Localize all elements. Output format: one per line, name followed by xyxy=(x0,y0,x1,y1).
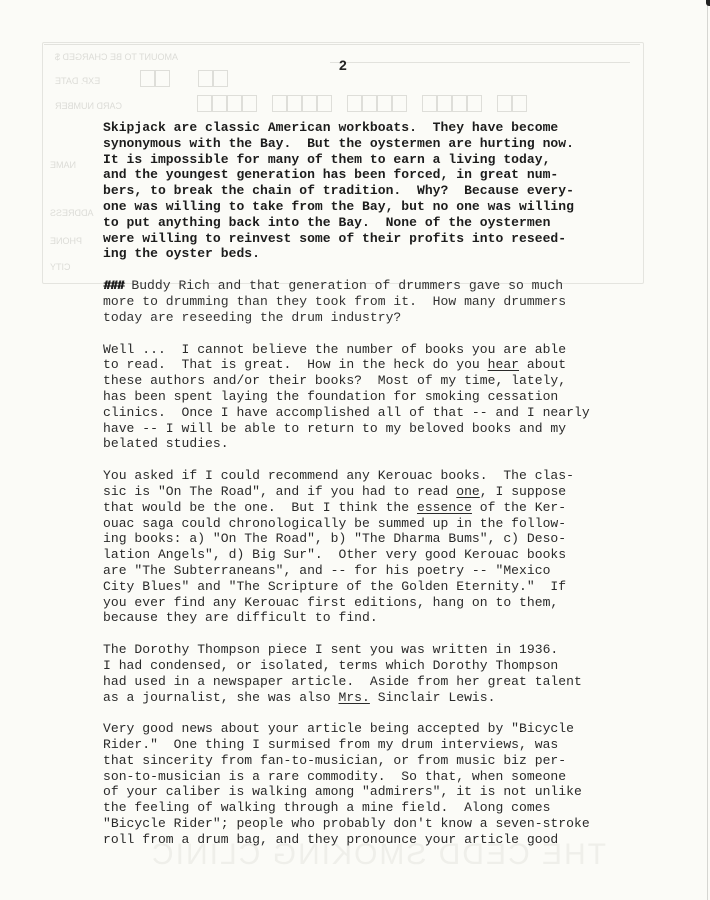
text-line: were willing to reinvest some of their p… xyxy=(103,231,566,246)
text-line: of your caliber is walking among "admire… xyxy=(103,784,582,799)
text-line: today are reseeding the drum industry? xyxy=(103,310,401,325)
bleed-through-box xyxy=(422,95,437,112)
text-line: ing books: a) "On The Road", b) "The Dha… xyxy=(103,531,566,546)
text-line: and the youngest generation has been for… xyxy=(103,167,558,182)
text-line: you ever find any Kerouac first editions… xyxy=(103,595,558,610)
underlined-word: essence xyxy=(417,500,472,515)
text-line: bers, to break the chain of tradition. W… xyxy=(103,183,574,198)
struck-out-text: ### xyxy=(103,278,124,293)
paragraph-skipjack: Skipjack are classic American workboats.… xyxy=(103,120,663,262)
paragraph-books: Well ... I cannot believe the number of … xyxy=(103,342,663,453)
bleed-through-box xyxy=(287,95,302,112)
letter-body: Skipjack are classic American workboats.… xyxy=(103,120,663,864)
text-line: You asked if I could recommend any Kerou… xyxy=(103,468,574,483)
text-line: son-to-musician is a rare commodity. So … xyxy=(103,769,566,784)
text-line: City Blues" and "The Scripture of the Go… xyxy=(103,579,566,594)
bleed-through-box xyxy=(197,95,212,112)
bleed-through-box xyxy=(347,95,362,112)
bleed-through-box xyxy=(392,95,407,112)
text-line: It is impossible for many of them to ear… xyxy=(103,152,550,167)
text-line: as a journalist, she was also Mrs. Sincl… xyxy=(103,690,495,705)
bleed-through-line xyxy=(44,44,640,45)
text-line: one was willing to take from the Bay, bu… xyxy=(103,199,574,214)
bleed-through-box xyxy=(227,95,242,112)
text-line: has been spent laying the foundation for… xyxy=(103,389,558,404)
text-line: because they are difficult to find. xyxy=(103,610,378,625)
bleed-through-box xyxy=(512,95,527,112)
bleed-through-box xyxy=(452,95,467,112)
bleed-through-label: AMOUNT TO BE CHARGED $ xyxy=(55,52,178,62)
bleed-through-box xyxy=(302,95,317,112)
bleed-through-label: EXP. DATE xyxy=(55,76,100,86)
text-line: ouac saga could chronologically be summe… xyxy=(103,516,566,531)
bleed-through-box xyxy=(317,95,332,112)
text-line: synonymous with the Bay. But the oysterm… xyxy=(103,136,574,151)
bleed-through-box xyxy=(140,70,155,87)
bleed-through-box xyxy=(272,95,287,112)
text-line: the feeling of walking through a mine fi… xyxy=(103,800,550,815)
underlined-word: Mrs. xyxy=(338,690,369,705)
paper-edge xyxy=(707,0,708,900)
bleed-through-box xyxy=(467,95,482,112)
text-line: sic is "On The Road", and if you had to … xyxy=(103,484,566,499)
bleed-through-box xyxy=(198,70,213,87)
text-line: had used in a newspaper article. Aside f… xyxy=(103,674,582,689)
text-line: belated studies. xyxy=(103,436,229,451)
underlined-word: hear xyxy=(488,357,519,372)
text-line: The Dorothy Thompson piece I sent you wa… xyxy=(103,642,558,657)
text-line: that sincerity from fan-to-musician, or … xyxy=(103,753,566,768)
bleed-through-label: ADDRESS xyxy=(50,208,94,218)
bleed-through-label: NAME xyxy=(50,160,76,170)
text-line: roll from a drum bag, and they pronounce… xyxy=(103,832,558,847)
paper-corner-shadow xyxy=(706,0,710,6)
paragraph-buddy-rich: ### Buddy Rich and that generation of dr… xyxy=(103,278,663,325)
bleed-through-label: CARD NUMBER xyxy=(55,101,122,111)
text-line: Very good news about your article being … xyxy=(103,721,574,736)
text-line: ### Buddy Rich and that generation of dr… xyxy=(103,278,563,293)
bleed-through-box xyxy=(242,95,257,112)
bleed-through-label: PHONE xyxy=(50,236,82,246)
text-line: are "The Subterraneans", and -- for his … xyxy=(103,563,550,578)
paragraph-kerouac: You asked if I could recommend any Kerou… xyxy=(103,468,663,626)
text-line: more to drumming than they took from it.… xyxy=(103,294,566,309)
text-line: I had condensed, or isolated, terms whic… xyxy=(103,658,558,673)
bleed-through-label: CITY xyxy=(50,262,71,272)
bleed-through-box xyxy=(213,70,228,87)
underlined-word: one xyxy=(456,484,480,499)
text-line: Rider." One thing I surmised from my dru… xyxy=(103,737,558,752)
text-line: these authors and/or their books? Most o… xyxy=(103,373,566,388)
bleed-through-box xyxy=(497,95,512,112)
bleed-through-box xyxy=(155,70,170,87)
text-line: Well ... I cannot believe the number of … xyxy=(103,342,566,357)
bleed-through-box xyxy=(362,95,377,112)
text-line: to read. That is great. How in the heck … xyxy=(103,357,566,372)
bleed-through-box xyxy=(212,95,227,112)
text-line: clinics. Once I have accomplished all of… xyxy=(103,405,590,420)
paragraph-thompson: The Dorothy Thompson piece I sent you wa… xyxy=(103,642,663,705)
bleed-through-box xyxy=(437,95,452,112)
text-line: to put anything back into the Bay. None … xyxy=(103,215,550,230)
text-line: Skipjack are classic American workboats.… xyxy=(103,120,558,135)
page-number: 2 xyxy=(339,57,347,73)
document-page: AMOUNT TO BE CHARGED $ EXP. DATE CARD NU… xyxy=(0,0,710,900)
text-line: that would be the one. But I think the e… xyxy=(103,500,566,515)
paragraph-bicycle-rider: Very good news about your article being … xyxy=(103,721,663,847)
bleed-through-line xyxy=(330,62,630,63)
bleed-through-box xyxy=(377,95,392,112)
text-line: have -- I will be able to return to my b… xyxy=(103,421,566,436)
text-line: lation Angels", d) Big Sur". Other very … xyxy=(103,547,566,562)
text-line: ing the oyster beds. xyxy=(103,246,260,261)
text-line: "Bicycle Rider"; people who probably don… xyxy=(103,816,590,831)
